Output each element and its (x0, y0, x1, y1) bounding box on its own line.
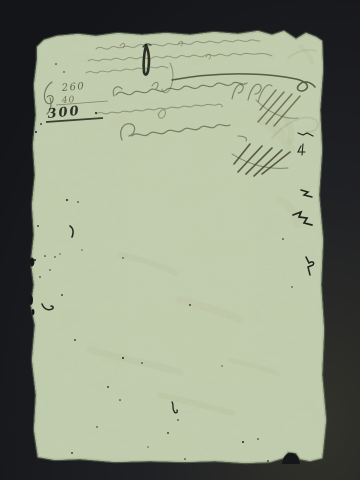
ink-spot (77, 201, 79, 203)
ink-spot (291, 286, 292, 287)
ink-spot (107, 386, 109, 388)
margin-amount-1: 260 (60, 81, 85, 94)
ink-spot (141, 362, 143, 364)
ink-spot (257, 438, 259, 440)
ink-spot (74, 339, 76, 341)
left-edge-blob (30, 258, 35, 267)
ink-spot (122, 257, 123, 258)
ink-spot (40, 123, 42, 125)
ink-spot (61, 294, 63, 296)
ink-spot (66, 199, 68, 201)
ink-spot (167, 432, 169, 434)
left-edge-blob (32, 309, 35, 315)
ink-spot (54, 256, 55, 257)
manuscript-scan-canvas: 260 40 300 (0, 0, 360, 480)
ink-spot (34, 259, 36, 261)
ink-spot (44, 255, 46, 257)
ink-spot (95, 112, 97, 114)
ink-spot (267, 460, 269, 462)
ink-spot (39, 276, 41, 278)
ink-spot (147, 446, 148, 447)
ink-spot (71, 452, 73, 454)
ink-spot (37, 225, 39, 227)
ink-spot (55, 63, 57, 65)
ink-spot (177, 419, 179, 421)
ink-spot (184, 458, 186, 460)
left-edge-blob (29, 295, 33, 305)
ink-spot (49, 269, 50, 270)
ink-spot (119, 399, 121, 401)
ink-spot (81, 249, 82, 250)
ink-spot (35, 131, 37, 133)
ink-spot (242, 441, 244, 443)
ink-spot (282, 238, 284, 240)
document-scan: 260 40 300 (0, 0, 360, 480)
ink-spot (221, 365, 222, 366)
ink-spot (59, 253, 60, 254)
ink-spot (189, 304, 191, 306)
ink-spot (63, 71, 64, 72)
ink-spot (96, 426, 97, 427)
ink-spot (122, 357, 124, 359)
